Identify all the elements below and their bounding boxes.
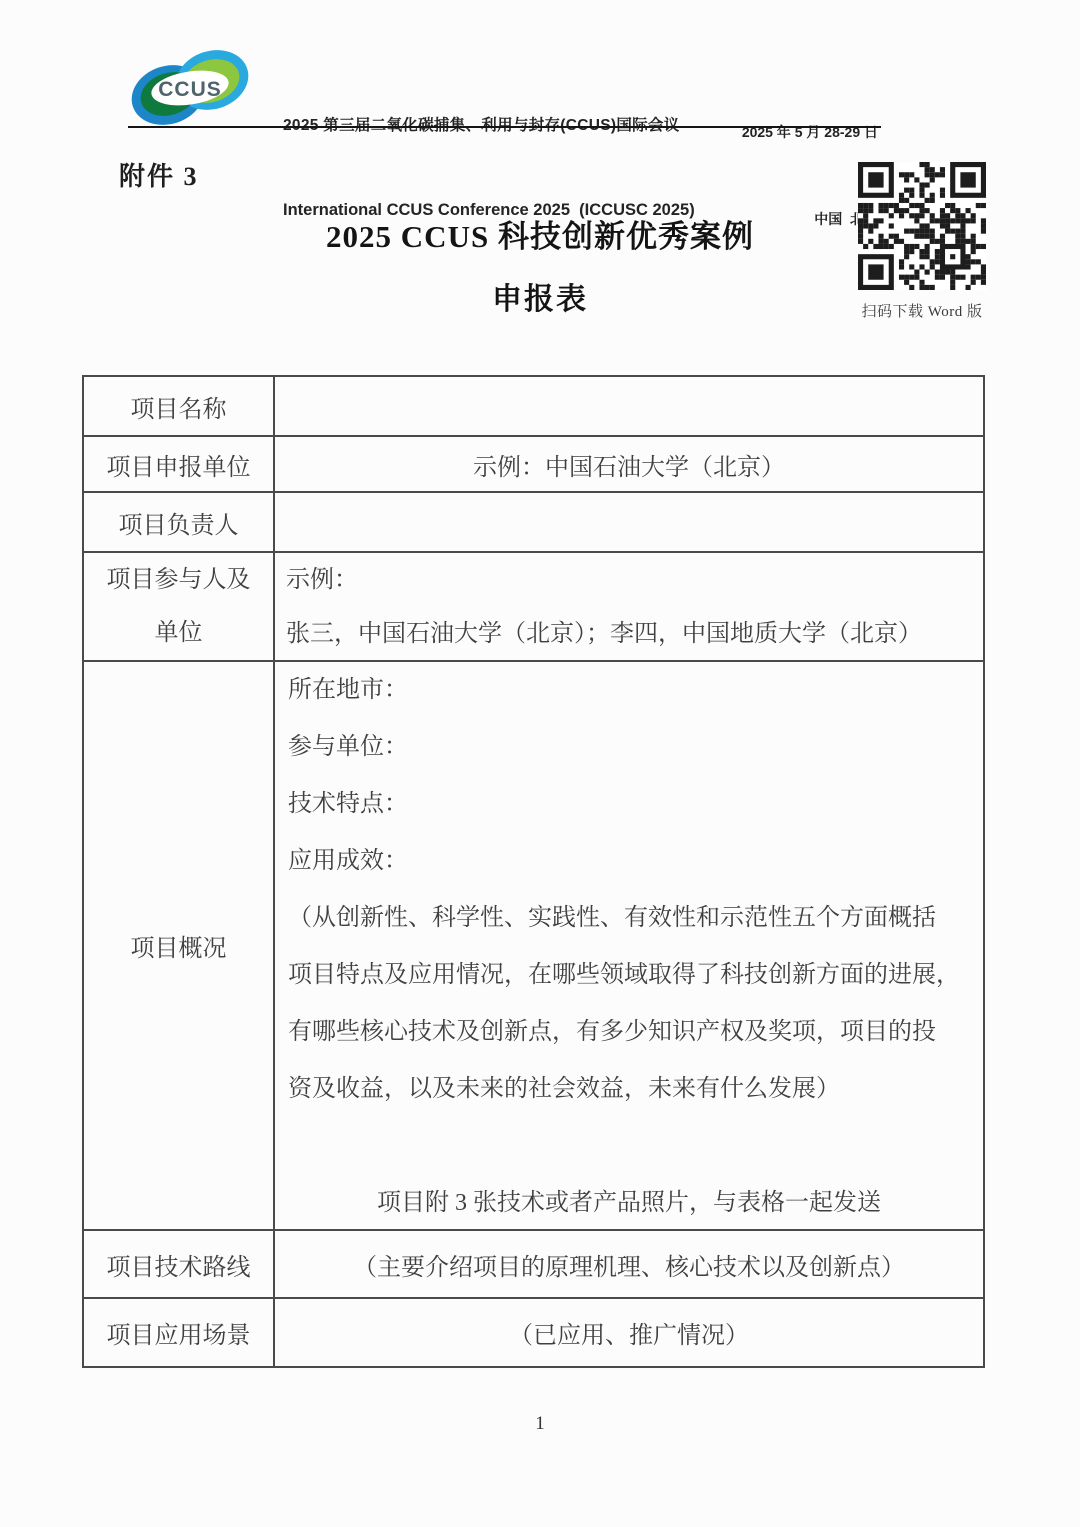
row-content: 示例： 张三，中国石油大学（北京）；李四，中国地质大学（北京） bbox=[275, 553, 983, 660]
row-label: 项目技术路线 bbox=[84, 1231, 275, 1297]
table-row-application-scenario: 项目应用场景 （已应用、推广情况） bbox=[84, 1297, 983, 1366]
logo-ccus-text: CCUS bbox=[158, 78, 222, 101]
qr-caption: 扫码下载 Word 版 bbox=[843, 300, 1001, 321]
overview-paragraph-line: （从创新性、科学性、实践性、有效性和示范性五个方面概括 bbox=[275, 890, 983, 947]
event-date: 2025 年 5 月 28-29 日 bbox=[742, 118, 878, 147]
overview-paragraph-line: 项目特点及应用情况，在哪些领域取得了科技创新方面的进展， bbox=[275, 947, 983, 1004]
overview-spacer bbox=[275, 1118, 983, 1175]
page-number: 1 bbox=[0, 1413, 1080, 1435]
overview-field-tech-features: 技术特点： bbox=[275, 776, 983, 833]
row-content: 所在地市： 参与单位： 技术特点： 应用成效： （从创新性、科学性、实践性、有效… bbox=[275, 662, 983, 1229]
overview-field-application-results: 应用成效： bbox=[275, 833, 983, 890]
row-label-line: 单位 bbox=[155, 607, 203, 660]
ccus-logo: CCUS bbox=[128, 44, 252, 132]
row-label-line: 项目参与人及 bbox=[107, 554, 251, 607]
content-line: 示例： bbox=[286, 553, 983, 607]
table-row-project-leader: 项目负责人 bbox=[84, 491, 983, 551]
overview-field-city: 所在地市： bbox=[275, 662, 983, 719]
row-content bbox=[275, 493, 983, 551]
application-form-table: 项目名称 项目申报单位 示例：中国石油大学（北京） 项目负责人 项目参与人及 单… bbox=[82, 375, 985, 1368]
table-row-applicant-org: 项目申报单位 示例：中国石油大学（北京） bbox=[84, 435, 983, 491]
qr-code-svg bbox=[858, 162, 986, 290]
row-label: 项目申报单位 bbox=[84, 437, 275, 491]
overview-paragraph-line: 资及收益，以及未来的社会效益，未来有什么发展） bbox=[275, 1061, 983, 1118]
overview-paragraph-line: 有哪些核心技术及创新点，有多少知识产权及奖项，项目的投 bbox=[275, 1004, 983, 1061]
overview-field-partners: 参与单位： bbox=[275, 719, 983, 776]
row-label: 项目负责人 bbox=[84, 493, 275, 551]
content-line: 张三，中国石油大学（北京）；李四，中国地质大学（北京） bbox=[286, 607, 983, 661]
row-content: 示例：中国石油大学（北京） bbox=[275, 437, 983, 491]
row-label: 项目概况 bbox=[84, 662, 275, 1229]
overview-photo-note: 项目附 3 张技术或者产品照片，与表格一起发送 bbox=[275, 1175, 983, 1229]
row-content: （已应用、推广情况） bbox=[275, 1299, 983, 1366]
table-row-project-name: 项目名称 bbox=[84, 377, 983, 435]
row-label: 项目参与人及 单位 bbox=[84, 553, 275, 660]
attachment-label: 附件 3 bbox=[119, 156, 199, 193]
document-page: CCUS 2025 第三届二氧化碳捕集、利用与封存(CCUS)国际会议 Inte… bbox=[0, 0, 1080, 1527]
row-content bbox=[275, 377, 983, 435]
table-row-project-overview: 项目概况 所在地市： 参与单位： 技术特点： 应用成效： （从创新性、科学性、实… bbox=[84, 660, 983, 1229]
ccus-logo-graphic: CCUS bbox=[128, 44, 252, 132]
header-divider bbox=[128, 126, 881, 128]
qr-code bbox=[858, 162, 986, 290]
row-label: 项目名称 bbox=[84, 377, 275, 435]
row-label: 项目应用场景 bbox=[84, 1299, 275, 1366]
table-row-participants: 项目参与人及 单位 示例： 张三，中国石油大学（北京）；李四，中国地质大学（北京… bbox=[84, 551, 983, 660]
row-content: （主要介绍项目的原理机理、核心技术以及创新点） bbox=[275, 1231, 983, 1297]
table-row-technical-route: 项目技术路线 （主要介绍项目的原理机理、核心技术以及创新点） bbox=[84, 1229, 983, 1297]
